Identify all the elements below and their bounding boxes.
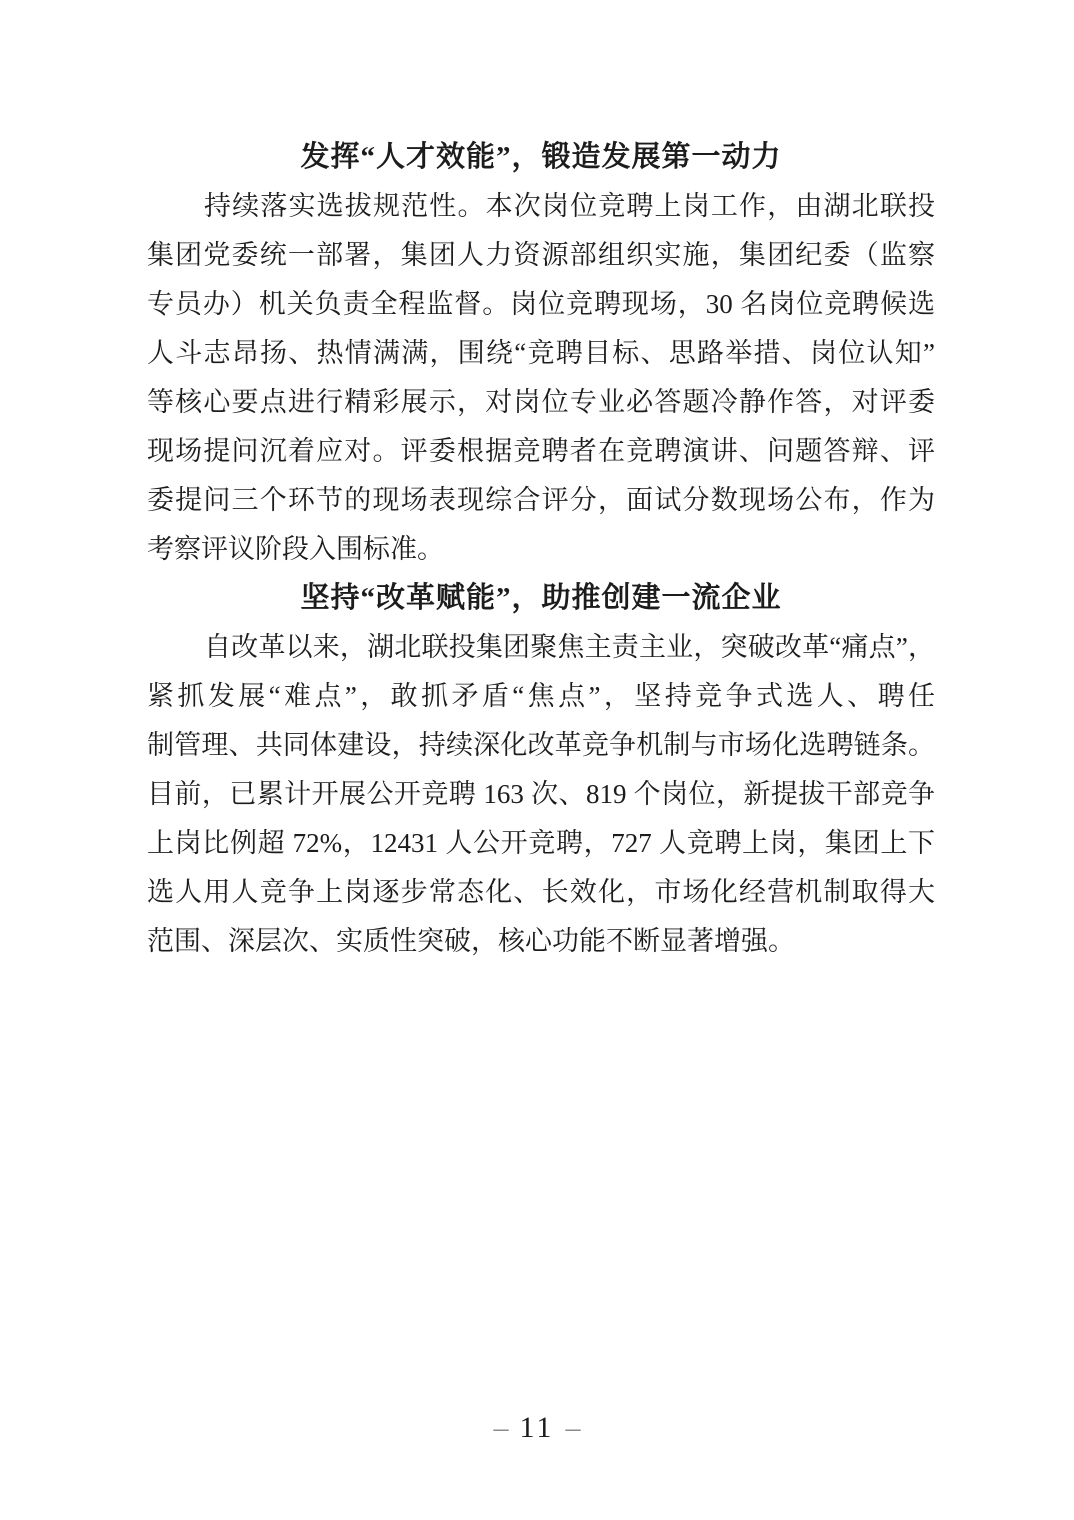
paragraph-line: 制管理、共同体建设，持续深化改革竞争机制与市场化选聘链条。 <box>147 721 935 770</box>
paragraph-line: 委提问三个环节的现场表现综合评分，面试分数现场公布，作为 <box>147 476 935 525</box>
section-heading-reform: 坚持“改革赋能”，助推创建一流企业 <box>147 574 935 623</box>
document-body: 发挥“人才效能”，锻造发展第一动力 持续落实选拔规范性。本次岗位竞聘上岗工作，由… <box>147 133 935 966</box>
section-heading-talent: 发挥“人才效能”，锻造发展第一动力 <box>147 133 935 182</box>
paragraph-line: 人斗志昂扬、热情满满，围绕“竞聘目标、思路举措、岗位认知” <box>147 329 935 378</box>
document-page: 发挥“人才效能”，锻造发展第一动力 持续落实选拔规范性。本次岗位竞聘上岗工作，由… <box>0 0 1074 1520</box>
paragraph-line: 现场提问沉着应对。评委根据竞聘者在竞聘演讲、问题答辩、评 <box>147 427 935 476</box>
paragraph-line: 范围、深层次、实质性突破，核心功能不断显著增强。 <box>147 917 935 966</box>
page-number-dash-left: – <box>483 1411 520 1444</box>
paragraph-line: 等核心要点进行精彩展示，对岗位专业必答题冷静作答，对评委 <box>147 378 935 427</box>
paragraph-line: 自改革以来，湖北联投集团聚焦主责主业，突破改革“痛点”， <box>147 623 935 672</box>
paragraph-line: 集团党委统一部署，集团人力资源部组织实施，集团纪委（监察 <box>147 231 935 280</box>
page-number: 11 <box>520 1411 555 1444</box>
paragraph-line: 考察评议阶段入围标准。 <box>147 525 935 574</box>
paragraph-line: 持续落实选拔规范性。本次岗位竞聘上岗工作，由湖北联投 <box>147 182 935 231</box>
paragraph-line: 紧抓发展“难点”，敢抓矛盾“焦点”，坚持竞争式选人、聘任 <box>147 672 935 721</box>
paragraph-line: 目前，已累计开展公开竞聘 163 次、819 个岗位，新提拔干部竞争 <box>147 770 935 819</box>
page-footer: –11– <box>0 1403 1074 1452</box>
page-number-dash-right: – <box>554 1411 591 1444</box>
paragraph-line: 选人用人竞争上岗逐步常态化、长效化，市场化经营机制取得大 <box>147 868 935 917</box>
paragraph-line: 专员办）机关负责全程监督。岗位竞聘现场，30 名岗位竞聘候选 <box>147 280 935 329</box>
paragraph-line: 上岗比例超 72%，12431 人公开竞聘，727 人竞聘上岗，集团上下 <box>147 819 935 868</box>
